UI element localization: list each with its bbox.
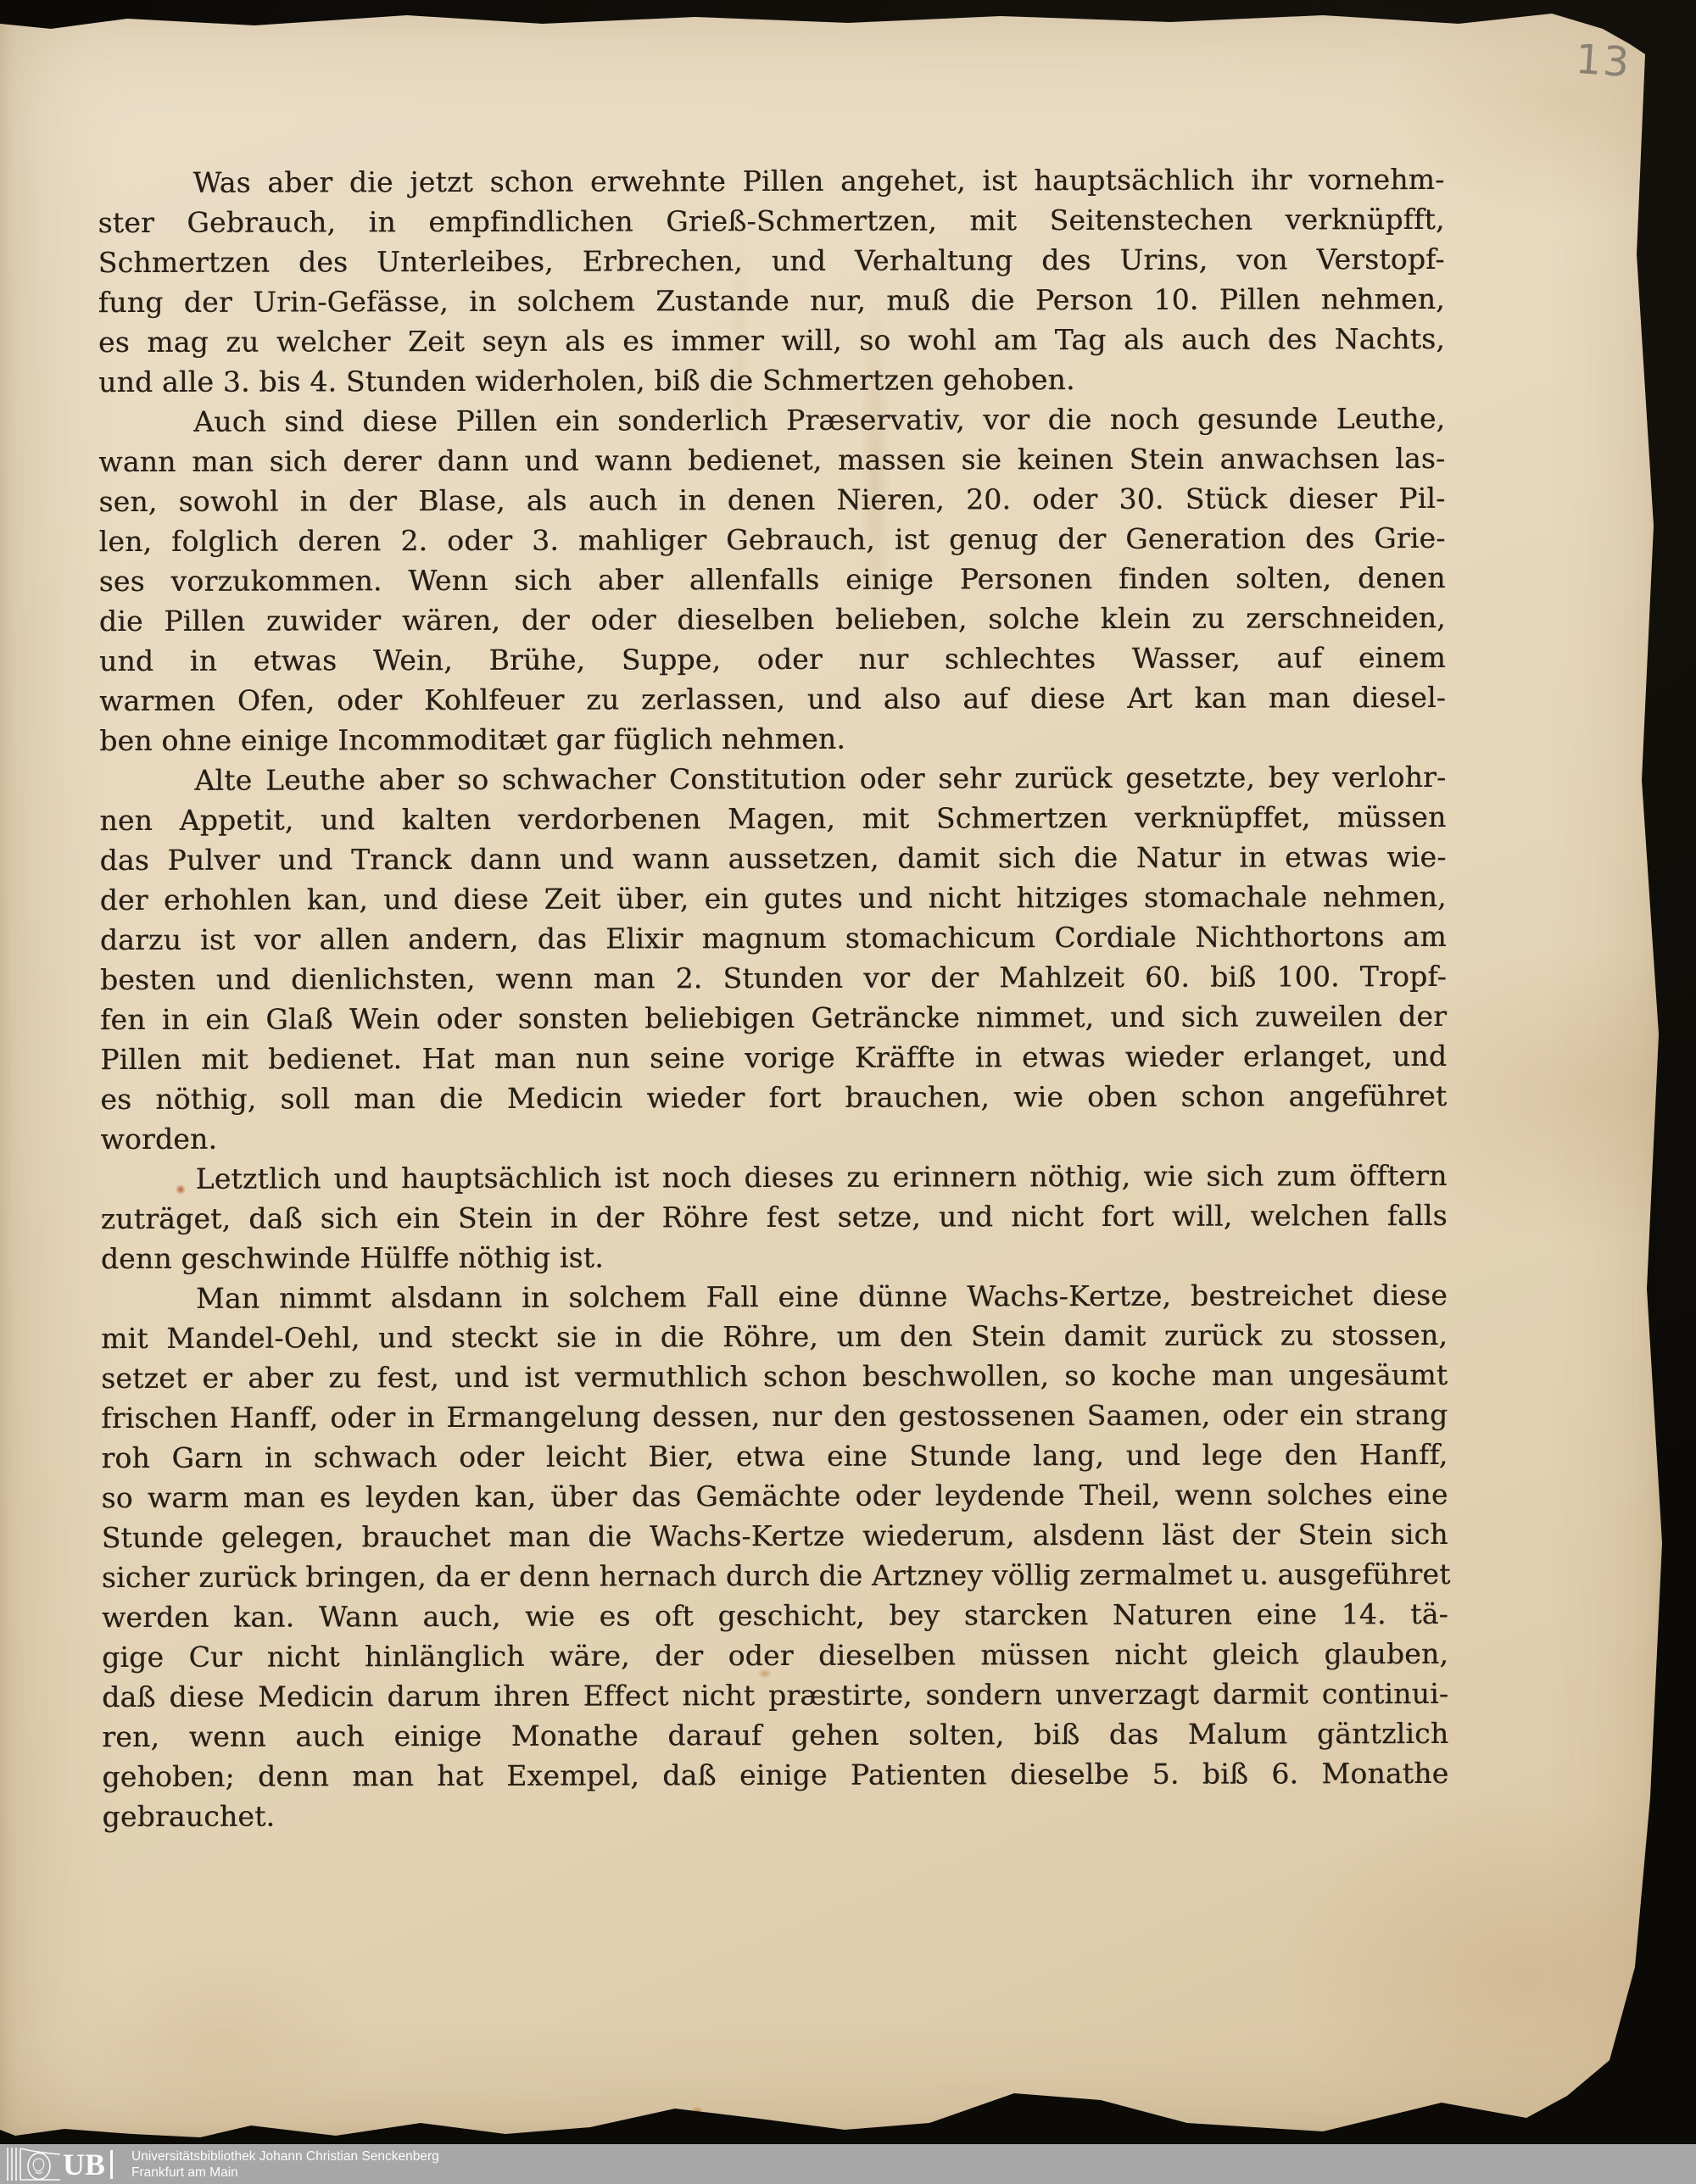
text-line: werden kan. Wann auch, wie es oft geschi… — [102, 1594, 1448, 1637]
text-line: sen, sowohl in der Blase, als auch in de… — [98, 478, 1445, 521]
library-logo: UB — [5, 2147, 113, 2181]
library-footer-bar: UB Universitätsbibliothek Johann Christi… — [0, 2144, 1696, 2184]
text-line: sicher zurück bringen, da er denn hernac… — [102, 1554, 1448, 1597]
text-line: setzet er aber zu fest, und ist vermuthl… — [101, 1355, 1448, 1398]
text-line: darzu ist vor allen andern, das Elixir m… — [100, 916, 1447, 960]
text-line: die Pillen zuwider wären, der oder diese… — [99, 598, 1446, 641]
text-block: Was aber die jetzt schon erwehnte Pillen… — [98, 159, 1448, 1836]
text-line: daß diese Medicin darum ihren Effect nic… — [102, 1674, 1448, 1717]
text-line: es mag zu welcher Zeit seyn als es immer… — [98, 319, 1445, 362]
text-line: frischen Hanff, oder in Ermangelung dess… — [101, 1395, 1448, 1438]
library-attribution: Universitätsbibliothek Johann Christian … — [131, 2148, 439, 2181]
text-line: nen Appetit, und kalten verdorbenen Mage… — [99, 797, 1446, 840]
text-line: fen in ein Glaß Wein oder sonsten belieb… — [100, 996, 1447, 1039]
text-line: der erhohlen kan, und diese Zeit über, e… — [100, 877, 1447, 920]
library-location: Frankfurt am Main — [131, 2164, 439, 2181]
text-line: und in etwas Wein, Brühe, Suppe, oder nu… — [99, 638, 1446, 681]
text-line: zuträget, daß sich ein Stein in der Röhr… — [101, 1195, 1448, 1239]
text-line: roh Garn in schwach oder leicht Bier, et… — [101, 1435, 1448, 1478]
text-line: Man nimmt alsdann in solchem Fall eine d… — [101, 1275, 1448, 1318]
text-line: Pillen mit bedienet. Hat man nun seine v… — [100, 1036, 1447, 1079]
text-line: denn geschwinde Hülffe nöthig ist. — [101, 1235, 1448, 1279]
text-line: len, folglich deren 2. oder 3. mahliger … — [99, 518, 1446, 561]
text-line: worden. — [100, 1116, 1447, 1159]
catchword: gebrauchet. — [102, 1793, 1448, 1836]
text-line: warmen Ofen, oder Kohlfeuer zu zerlassen… — [99, 677, 1446, 721]
text-line: Stunde gelegen, brauchet man die Wachs-K… — [102, 1514, 1448, 1557]
text-line: wann man sich derer dann und wann bedien… — [98, 438, 1445, 482]
text-line: Was aber die jetzt schon erwehnte Pillen… — [98, 159, 1444, 203]
handwritten-folio-number: 13 — [1574, 36, 1632, 86]
ub-logo-icon — [5, 2147, 61, 2181]
text-line: ben ohne einige Incommoditæt gar füglich… — [99, 717, 1446, 760]
text-line: so warm man es leyden kan, über das Gemä… — [101, 1474, 1448, 1518]
text-line: das Pulver und Tranck dann und wann auss… — [100, 837, 1447, 880]
scan-viewport: 13 Was aber die jetzt schon erwehnte Pil… — [0, 0, 1696, 2184]
text-line: es nöthig, soll man die Medicin wieder f… — [100, 1076, 1447, 1119]
logo-divider — [110, 2150, 113, 2179]
library-name: Universitätsbibliothek Johann Christian … — [131, 2148, 439, 2164]
text-line: besten und dienlichsten, wenn man 2. Stu… — [100, 956, 1447, 1000]
text-line: Alte Leuthe aber so schwacher Constituti… — [99, 757, 1446, 800]
text-line: Schmertzen des Unterleibes, Erbrechen, u… — [98, 239, 1445, 282]
text-line: ses vorzukommen. Wenn sich aber allenfal… — [99, 558, 1446, 601]
text-line: Auch sind diese Pillen ein sonderlich Pr… — [98, 398, 1445, 442]
ub-logo-text: UB — [63, 2149, 105, 2180]
text-line: Letztlich und hauptsächlich ist noch die… — [100, 1156, 1447, 1199]
text-line: mit Mandel-Oehl, und steckt sie in die R… — [101, 1315, 1448, 1358]
text-line: und alle 3. bis 4. Stunden widerholen, b… — [98, 359, 1445, 402]
text-line: fung der Urin-Gefässe, in solchem Zustan… — [98, 279, 1445, 322]
text-line: gehoben; denn man hat Exempel, daß einig… — [102, 1753, 1448, 1797]
text-line: ster Gebrauch, in empfindlichen Grieß-Sc… — [98, 199, 1445, 242]
page-scan: 13 Was aber die jetzt schon erwehnte Pil… — [0, 0, 1665, 2140]
text-line: ren, wenn auch einige Monathe darauf geh… — [102, 1713, 1448, 1757]
text-line: gige Cur nicht hinlänglich wäre, der ode… — [102, 1634, 1448, 1677]
